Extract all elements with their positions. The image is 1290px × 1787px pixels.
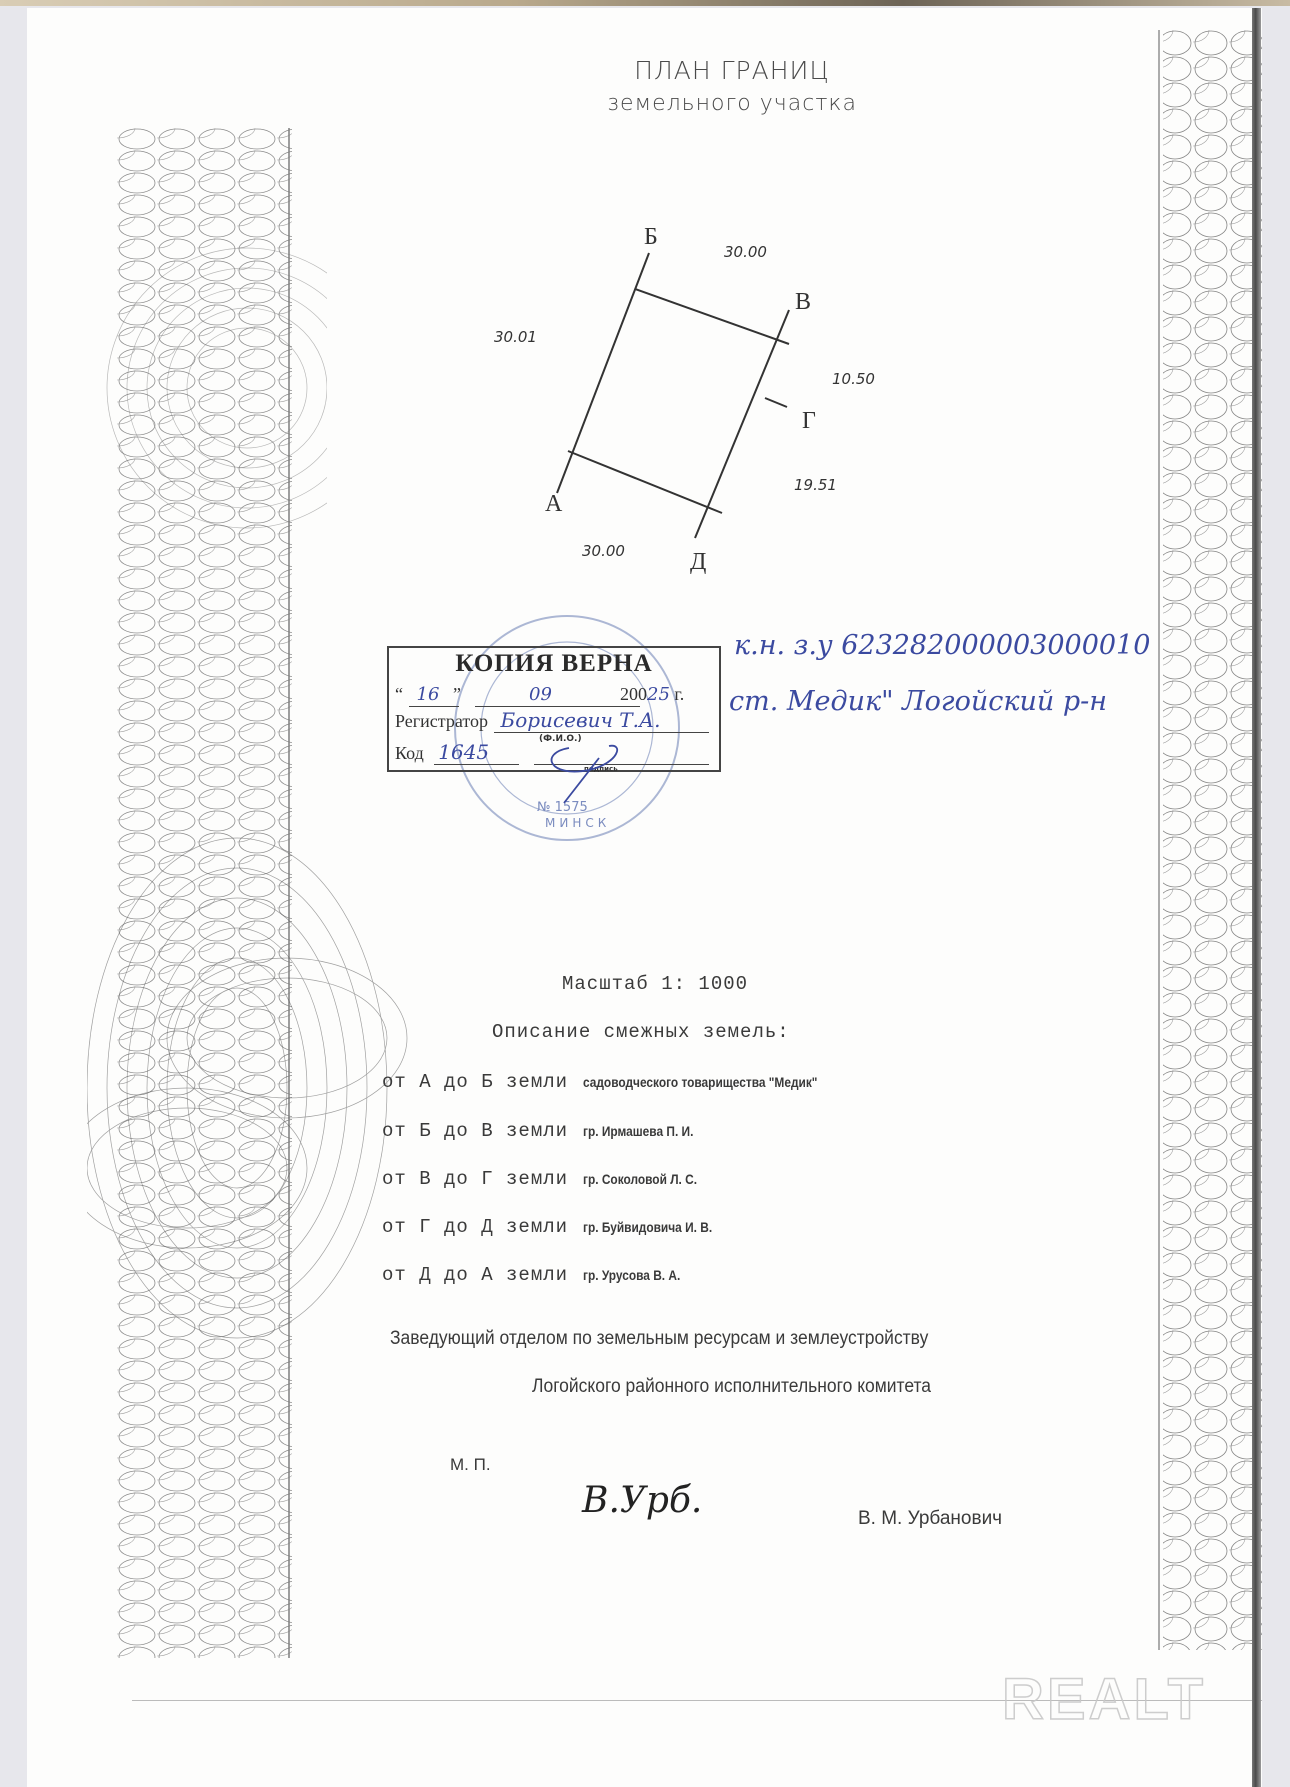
realt-watermark: REALT: [1002, 1666, 1206, 1733]
stamp-title: КОПИЯ ВЕРНА: [389, 650, 719, 678]
list-item: от Д до А земли гр. Урусова В. А.: [382, 1264, 698, 1286]
seal-city: МИНСК: [545, 816, 610, 830]
registrar-label: Регистратор: [395, 711, 488, 731]
document-page: ПЛАН ГРАНИЦ земельного участка Б В Г А Д…: [27, 8, 1262, 1787]
point-a-label: А: [545, 491, 562, 518]
adjacent-heading: Описание смежных земель:: [492, 1021, 790, 1043]
code-handwritten: 1645: [438, 740, 489, 764]
stamp-year-suffix: г.: [674, 684, 684, 704]
stamp-month: 09: [466, 684, 616, 705]
segment-gd-length: 19.51: [794, 476, 837, 494]
stamp-year: 25: [647, 684, 670, 705]
point-v-label: В: [795, 289, 811, 316]
handwritten-cadastral-number: к.н. з.у 623282000003000010: [734, 630, 1150, 661]
point-b-label: Б: [644, 224, 658, 251]
head-signature: В.Урб.: [582, 1480, 702, 1521]
point-d-label: Д: [690, 549, 706, 576]
point-g-label: Г: [802, 408, 816, 435]
stamp-code-row: Код 1645: [395, 740, 489, 764]
segment-vg-length: 10.50: [832, 370, 875, 388]
list-item: от А до Б земли садоводческого товарищес…: [382, 1071, 859, 1093]
stamp-year-prefix: 200: [620, 684, 647, 704]
stamp-day: 16: [403, 684, 453, 705]
stamp-date-row: “16” 09 20025 г.: [395, 684, 684, 705]
copy-certified-stamp: КОПИЯ ВЕРНА “16” 09 20025 г. Регистратор…: [387, 646, 721, 772]
scale-label: Масштаб 1: 1000: [562, 973, 748, 995]
guilloche-rosette: [87, 788, 417, 1408]
list-item: от В до Г земли гр. Соколовой Л. С.: [382, 1168, 717, 1190]
signatory-name: В. М. Урбанович: [858, 1508, 1002, 1530]
list-item: от Б до В земли гр. Ирмашева П. И.: [382, 1120, 713, 1142]
segment-bv-length: 30.00: [724, 243, 767, 261]
handwritten-location: ст. Медик" Логойский р-н: [729, 686, 1107, 717]
segment-da-length: 30.00: [582, 542, 625, 560]
head-title-line2: Логойского районного исполнительного ком…: [532, 1376, 931, 1398]
list-item: от Г до Д земли гр. Буйвидовича И. В.: [382, 1216, 735, 1238]
top-strip: [0, 0, 1290, 6]
registrar-signature: [539, 708, 689, 808]
mp-label: М. П.: [450, 1455, 491, 1475]
scan-right-edge: [1252, 8, 1261, 1787]
segment-ab-length: 30.01: [494, 328, 537, 346]
code-label: Код: [395, 743, 424, 763]
head-title-line1: Заведующий отделом по земельным ресурсам…: [390, 1328, 928, 1350]
